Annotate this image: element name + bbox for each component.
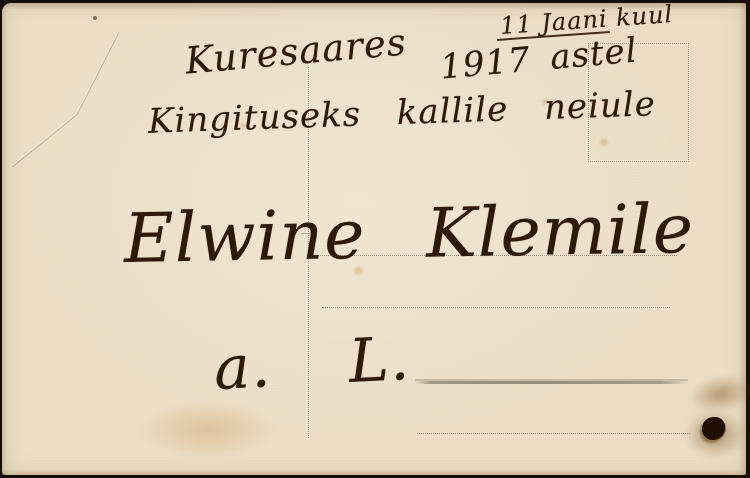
handwriting-initials: a. L.	[212, 324, 411, 404]
handwriting-recipient-name: Elwine Klemile	[123, 190, 694, 279]
foxing-spot	[600, 139, 608, 146]
pencil-line	[415, 381, 688, 384]
foxing-spot	[240, 123, 245, 128]
foxing-spot	[542, 99, 548, 105]
corner-crease	[12, 114, 78, 168]
address-line-3	[417, 433, 690, 434]
address-line-2	[322, 307, 670, 308]
handwriting-place: Kuresaares	[184, 20, 409, 82]
foxing-spot	[354, 267, 363, 275]
corner-crease	[77, 32, 120, 114]
postcard: 11 Jaani kuul Kuresaares 1917 astel King…	[2, 3, 746, 475]
foxing-spot	[93, 16, 97, 20]
handwriting-dedication: Kingituseks kallile neiule	[147, 84, 656, 142]
stain-smudge	[140, 401, 275, 459]
